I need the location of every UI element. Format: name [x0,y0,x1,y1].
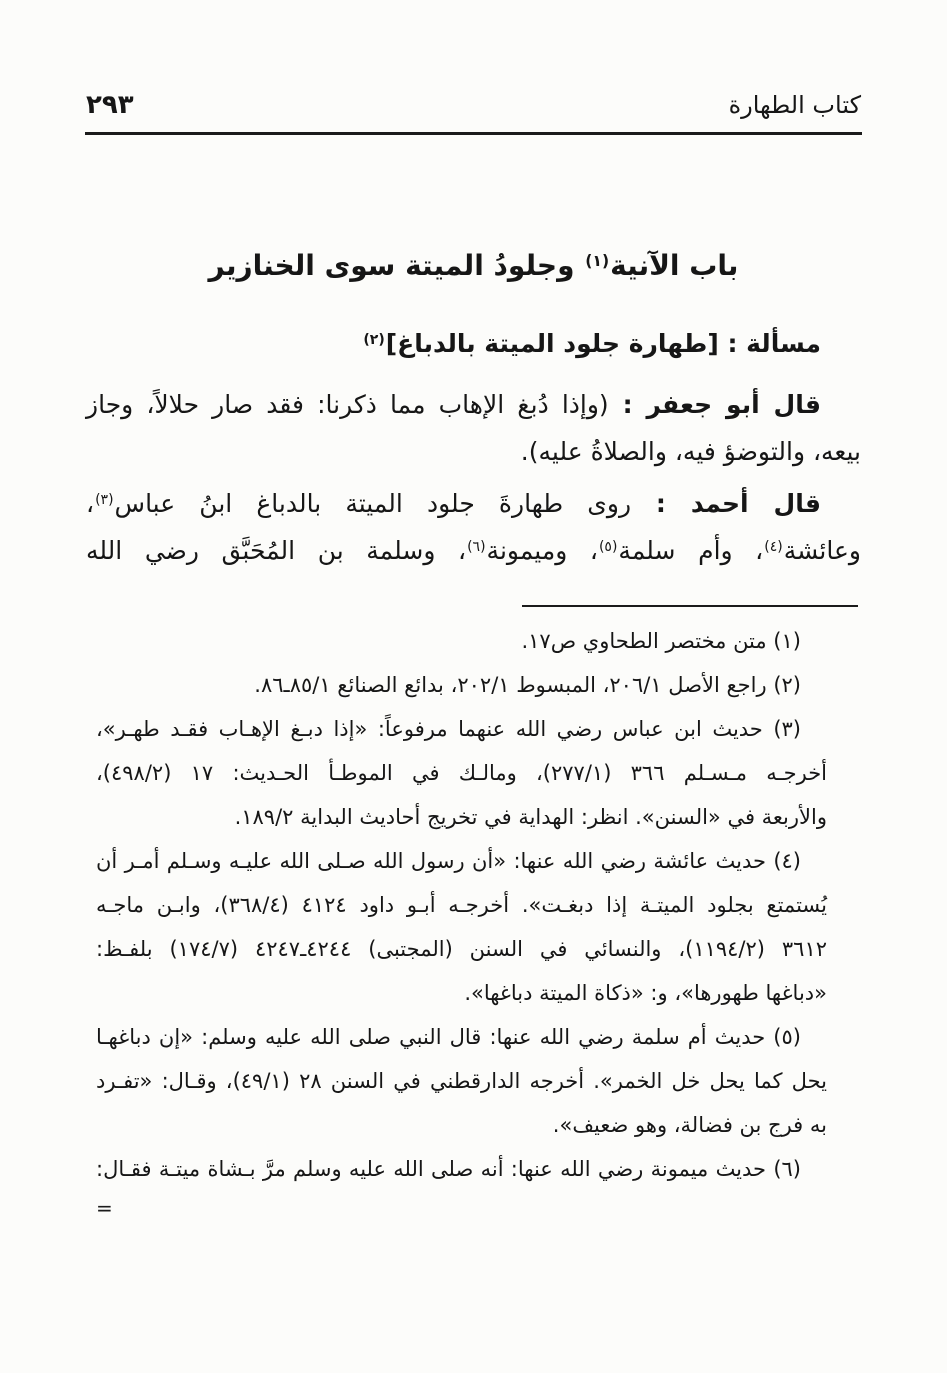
text-segment: وجلودُ الميتة سوى الخنازير [209,249,585,282]
text-segment: ، وسلمة بن المُحَبَّق رضي الله [86,536,466,565]
footnote-ref-marker: (٤) [763,539,783,555]
body-text: قال أبو جعفر : (وإذا دُبغ الإهاب مما ذكر… [86,381,861,574]
text-segment: ، وأم سلمة [618,536,763,565]
text-line: (٣) حديث ابن عباس رضي الله عنهما مرفوعاً… [96,707,827,751]
paragraph: قال أبو جعفر : (وإذا دُبغ الإهاب مما ذكر… [86,381,861,475]
text-line: والأربعة في «السنن». انظر: الهداية في تخ… [96,795,827,839]
text-line: يُستمتع بجلود الميتـة إذا دبغـت». أخرجـه… [96,883,827,927]
footnote: (٤) حديث عائشة رضي الله عنها: «أن رسول ا… [96,839,827,1015]
text-segment: أخرجـه مـسـلم ٣٦٦ (٢٧٧/١)، ومالـك في الم… [96,761,827,785]
text-line: (٤) حديث عائشة رضي الله عنها: «أن رسول ا… [96,839,827,883]
text-segment: به فرج بن فضالة، وهو ضعيف». [553,1113,827,1137]
footnotes-separator [522,605,858,607]
paragraph: قال أحمد : روى طهارةَ جلود الميتة بالدبا… [86,480,861,574]
text-line: بيعه، والتوضؤ فيه، والصلاةُ عليه). [86,428,861,475]
text-segment: (٢) راجع الأصل ٢٠٦/١، المبسوط ٢٠٢/١، بدا… [254,673,801,697]
issue-heading: مسألة : [طهارة جلود الميتة بالدباغ](٢) [86,321,861,367]
text-line: (٦) حديث ميمونة رضي الله عنها: أنه صلى ا… [96,1147,827,1191]
footnote-ref-marker: (٦) [466,539,486,555]
text-segment: مسألة : [طهارة جلود الميتة بالدباغ] [386,329,821,358]
text-segment: يحل كما يحل خل الخمر». أخرجه الدارقطني ف… [96,1069,827,1093]
text-line: وعائشة(٤)، وأم سلمة(٥)، وميمونة(٦)، وسلم… [86,527,861,574]
text-line: قال أحمد : روى طهارةَ جلود الميتة بالدبا… [86,480,861,527]
text-segment: (١) متن مختصر الطحاوي ص١٧. [521,629,801,653]
footnote: (٥) حديث أم سلمة رضي الله عنها: قال النب… [96,1015,827,1147]
text-segment: وعائشة [784,536,861,565]
page-header: كتاب الطهارة ٢٩٣ [0,0,947,122]
text-segment: يُستمتع بجلود الميتـة إذا دبغـت». أخرجـه… [96,893,827,917]
text-segment: (٤) حديث عائشة رضي الله عنها: «أن رسول ا… [96,849,801,873]
footnote: (٦) حديث ميمونة رضي الله عنها: أنه صلى ا… [96,1147,827,1191]
text-segment: بيعه، والتوضؤ فيه، والصلاةُ عليه). [521,437,861,466]
text-segment: (٥) حديث أم سلمة رضي الله عنها: قال النب… [96,1025,801,1049]
page-number: ٢٩٣ [86,88,134,122]
text-segment: ، [86,489,94,518]
footnotes: (١) متن مختصر الطحاوي ص١٧.(٢) راجع الأصل… [96,619,827,1191]
text-line: يحل كما يحل خل الخمر». أخرجه الدارقطني ف… [96,1059,827,1103]
text-segment: قال أبو جعفر : [609,390,821,419]
continuation-marker: = [96,1195,827,1221]
text-line: به فرج بن فضالة، وهو ضعيف». [96,1103,827,1147]
text-line: «دباغها طهورها»، و: «ذكاة الميتة دباغها»… [96,971,827,1015]
text-line: أخرجـه مـسـلم ٣٦٦ (٢٧٧/١)، ومالـك في الم… [96,751,827,795]
text-segment: باب الآنية [610,249,738,282]
footnote: (١) متن مختصر الطحاوي ص١٧. [96,619,827,663]
text-line: (١) متن مختصر الطحاوي ص١٧. [96,619,827,663]
footnote: (٢) راجع الأصل ٢٠٦/١، المبسوط ٢٠٢/١، بدا… [96,663,827,707]
text-segment: والأربعة في «السنن». انظر: الهداية في تخ… [235,805,827,829]
text-segment: (٦) حديث ميمونة رضي الله عنها: أنه صلى ا… [96,1157,801,1181]
header-rule [85,132,862,135]
header-section-title: كتاب الطهارة [729,88,861,122]
text-segment: «دباغها طهورها»، و: «ذكاة الميتة دباغها»… [464,981,827,1005]
chapter-title: باب الآنية(١) وجلودُ الميتة سوى الخنازير [0,241,947,291]
text-segment: (وإذا دُبغ الإهاب مما ذكرنا: فقد صار حلا… [86,390,609,419]
footnote: (٣) حديث ابن عباس رضي الله عنهما مرفوعاً… [96,707,827,839]
text-line: (٢) راجع الأصل ٢٠٦/١، المبسوط ٢٠٢/١، بدا… [96,663,827,707]
footnote-ref-marker: (٣) [94,492,114,508]
text-line: (٥) حديث أم سلمة رضي الله عنها: قال النب… [96,1015,827,1059]
text-segment: ٣٦١٢ (١١٩٤/٢)، والنسائي في السنن (المجتب… [96,937,827,961]
text-line: قال أبو جعفر : (وإذا دُبغ الإهاب مما ذكر… [86,381,861,428]
footnote-ref-marker: (٢) [362,332,385,348]
footnote-ref-marker: (١) [584,251,610,270]
text-segment: ، وميمونة [487,536,598,565]
text-segment: (٣) حديث ابن عباس رضي الله عنهما مرفوعاً… [96,717,801,741]
footnote-ref-marker: (٥) [598,539,618,555]
text-segment: قال أحمد : [631,489,821,518]
book-page: كتاب الطهارة ٢٩٣ باب الآنية(١) وجلودُ ال… [0,0,947,1373]
text-segment: روى طهارةَ جلود الميتة بالدباغ ابنُ عباس [115,489,631,518]
text-line: ٣٦١٢ (١١٩٤/٢)، والنسائي في السنن (المجتب… [96,927,827,971]
